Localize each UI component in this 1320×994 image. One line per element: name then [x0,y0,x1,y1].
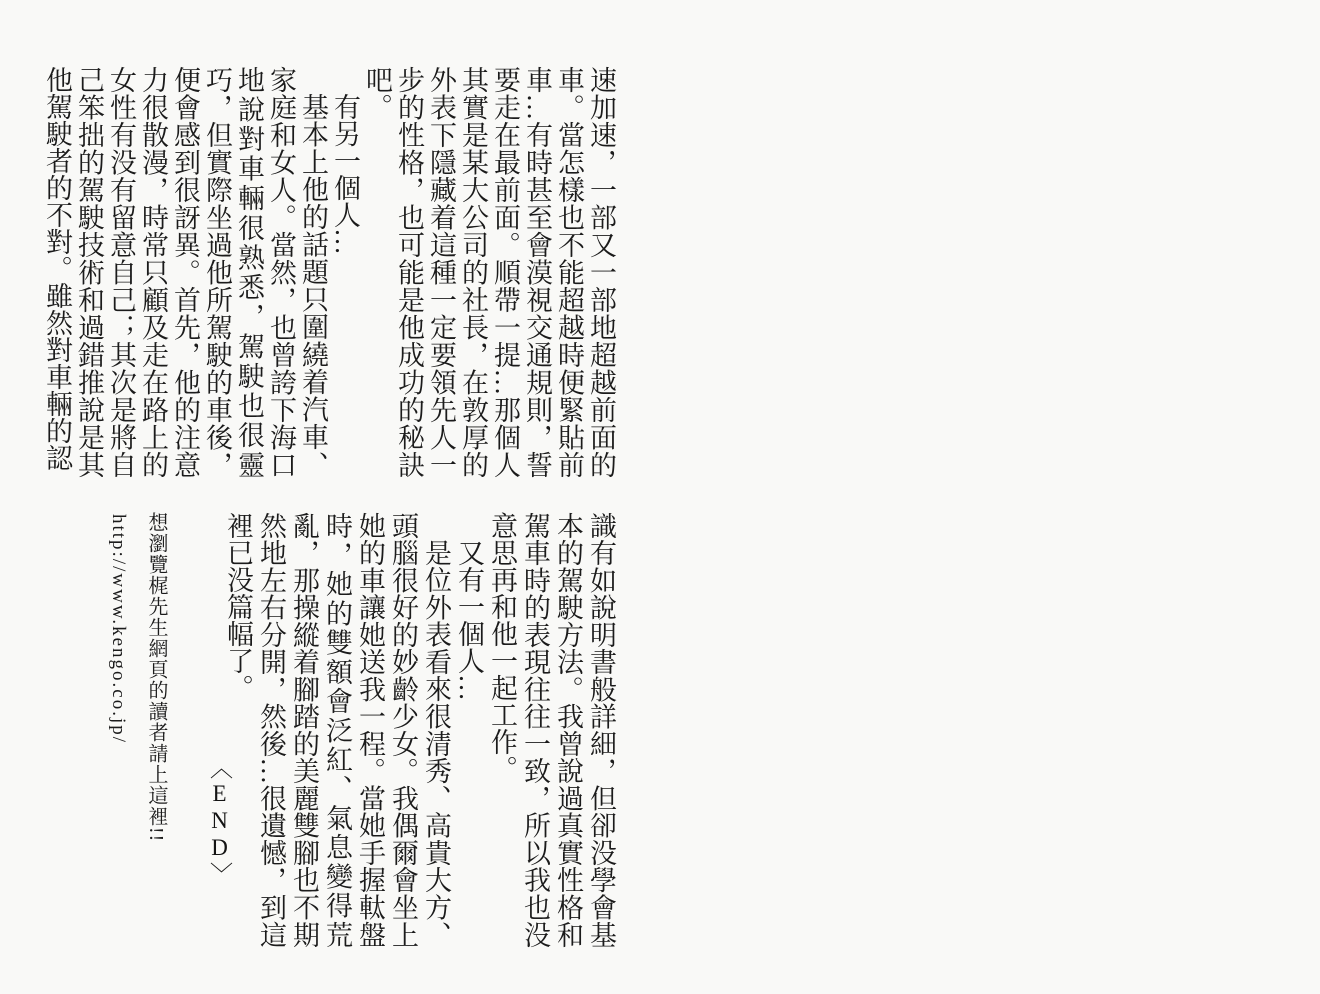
scanned-book-spread: { "document": { "title": "〈當手握軚盤時……〉", "… [0,0,1320,994]
right-page: 〈當手握軚盤時……〉 梶 研吾 今次，想和大家談談在我周邊的駕駛者們。但那些並不… [660,0,1320,994]
left-page: 速加速，一部又一部地超越前面的車。當怎樣也不能超越時便緊貼前車…有時甚至會漠視交… [0,0,660,994]
end-marker: 〈END〉 [203,756,236,887]
paragraph: 是位外表看來很清秀、高貴大方、頭腦很好的妙齡少女。我偶爾會坐上她的車讓她送我一程… [221,512,452,948]
paragraph: 速加速，一部又一部地超越前面的車。當怎樣也不能超越時便緊貼前車…有時甚至會漠視交… [361,66,617,478]
website-url: http://www.kengo.co.jp/ [107,514,129,744]
paragraph: 基本上他的話題只圍繞着汽車、家庭和女人。當然，也曾誇下海口地說對車輛很熟悉，駕駛… [41,66,329,478]
paragraph: 又有一個人… [452,512,485,948]
paragraph: 有另一個人… [329,66,361,478]
left-page-upper-text-band: 速加速，一部又一部地超越前面的車。當怎樣也不能超越時便緊貼前車…有時甚至會漠視交… [9,66,617,478]
website-note: 想瀏覽梶先生網頁的讀者請上這裡!! [142,512,171,842]
paragraph: 識有如說明書般詳細，但卻没學會基本的駕駛方法。我曾說過真實性格和駕車時的表現往往… [485,512,617,948]
left-page-lower-text-band: 識有如說明書般詳細，但卻没學會基本的駕駛方法。我曾說過真實性格和駕車時的表現往往… [188,512,617,948]
